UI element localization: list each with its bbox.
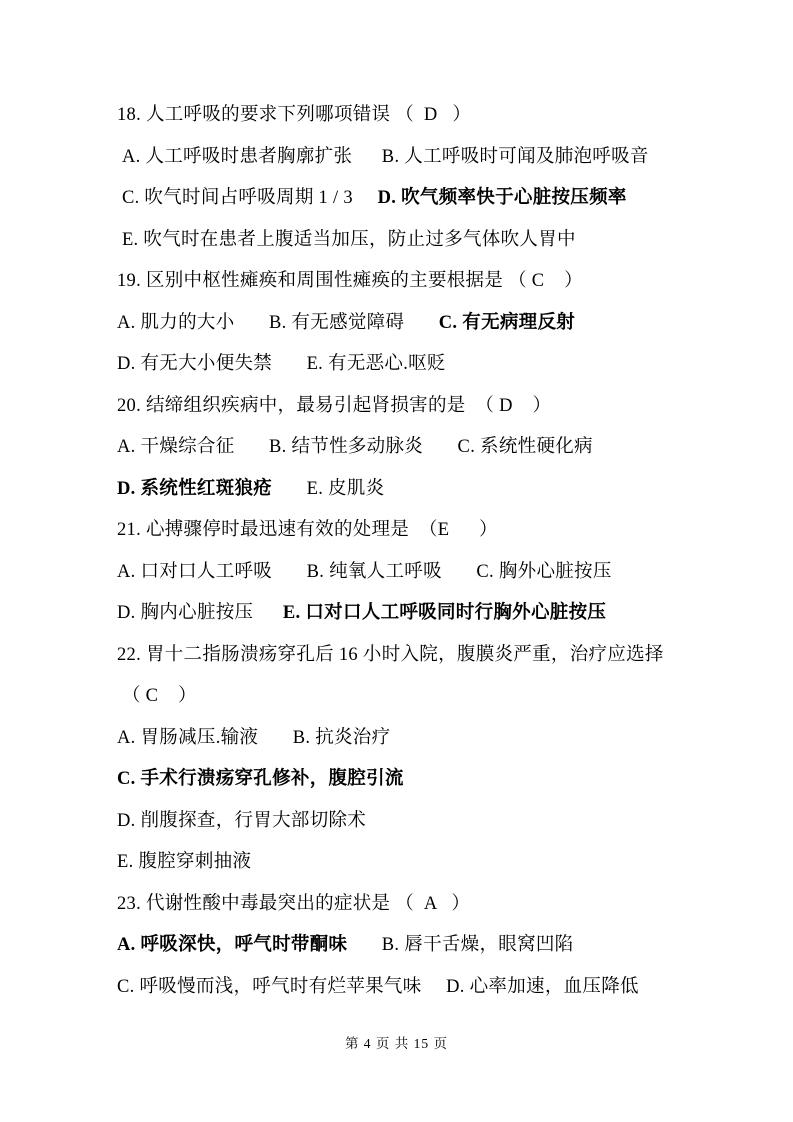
- text-segment: 19. 区别中枢性瘫痪和周围性瘫痪的主要根据是 （ C ）: [117, 271, 583, 291]
- text-segment: A. 肌力的大小 B. 有无感觉障碍: [117, 313, 439, 333]
- question-22-line: C. 手术行溃疡穿孔修补，腹腔引流: [117, 759, 717, 801]
- text-segment: A. 人工呼吸时患者胸廓扩张 B. 人工呼吸时可闻及肺泡呼吸音: [117, 147, 649, 167]
- correct-answer-text: C. 有无病理反射: [439, 313, 575, 333]
- question-22-line: 22. 胃十二指肠溃疡穿孔后 16 小时入院，腹膜炎严重，治疗应选择: [117, 635, 717, 677]
- question-18-line: 18. 人工呼吸的要求下列哪项错误 （ D ）: [117, 95, 717, 137]
- text-segment: E. 皮肌炎: [272, 479, 384, 499]
- question-23-line: 23. 代谢性酸中毒最突出的症状是 （ A ）: [117, 884, 717, 926]
- text-segment: （ C ）: [117, 686, 197, 706]
- text-segment: D. 削腹探查，行胃大部切除术: [117, 811, 366, 831]
- question-list: 18. 人工呼吸的要求下列哪项错误 （ D ） A. 人工呼吸时患者胸廓扩张 B…: [117, 95, 717, 1008]
- question-19-line: A. 肌力的大小 B. 有无感觉障碍 C. 有无病理反射: [117, 303, 717, 345]
- text-segment: 23. 代谢性酸中毒最突出的症状是 （ A ）: [117, 894, 470, 914]
- text-segment: A. 干燥综合征 B. 结节性多动脉炎 C. 系统性硬化病: [117, 437, 593, 457]
- text-segment: E. 腹腔穿刺抽液: [117, 852, 251, 872]
- text-segment: D. 胸内心脏按压: [117, 603, 283, 623]
- question-18-line: A. 人工呼吸时患者胸廓扩张 B. 人工呼吸时可闻及肺泡呼吸音: [117, 137, 717, 179]
- correct-answer-text: A. 呼吸深快，呼气时带酮味: [117, 935, 347, 955]
- question-22-line: D. 削腹探查，行胃大部切除术: [117, 801, 717, 843]
- question-21-line: D. 胸内心脏按压 E. 口对口人工呼吸同时行胸外心脏按压: [117, 593, 717, 635]
- question-22-line: （ C ）: [117, 676, 717, 718]
- text-segment: A. 胃肠减压.输液 B. 抗炎治疗: [117, 728, 390, 748]
- question-20-line: A. 干燥综合征 B. 结节性多动脉炎 C. 系统性硬化病: [117, 427, 717, 469]
- document-page: 18. 人工呼吸的要求下列哪项错误 （ D ） A. 人工呼吸时患者胸廓扩张 B…: [0, 0, 793, 1122]
- question-19-line: D. 有无大小便失禁 E. 有无恶心.呕贬: [117, 344, 717, 386]
- text-segment: D. 有无大小便失禁 E. 有无恶心.呕贬: [117, 354, 446, 374]
- question-20-line: 20. 结缔组织疾病中，最易引起肾损害的是 （ D ）: [117, 386, 717, 428]
- correct-answer-text: D. 吹气频率快于心脏按压频率: [378, 188, 627, 208]
- text-segment: 22. 胃十二指肠溃疡穿孔后 16 小时入院，腹膜炎严重，治疗应选择: [117, 645, 664, 665]
- question-18-line: C. 吹气时间占呼吸周期 1 / 3 D. 吹气频率快于心脏按压频率: [117, 178, 717, 220]
- text-segment: C. 吹气时间占呼吸周期 1 / 3: [117, 188, 378, 208]
- page-footer: 第 4 页 共 15 页: [0, 1034, 793, 1054]
- text-segment: B. 唇干舌燥，眼窝凹陷: [347, 935, 573, 955]
- question-18-line: E. 吹气时在患者上腹适当加压，防止过多气体吹人胃中: [117, 220, 717, 262]
- text-segment: 20. 结缔组织疾病中，最易引起肾损害的是 （ D ）: [117, 396, 551, 416]
- correct-answer-text: C. 手术行溃疡穿孔修补，腹腔引流: [117, 769, 404, 789]
- text-segment: C. 呼吸慢而浅，呼气时有烂苹果气味 D. 心率加速，血压降低: [117, 977, 639, 997]
- text-segment: 21. 心搏骤停时最迅速有效的处理是 （E ）: [117, 520, 498, 540]
- question-22-line: A. 胃肠减压.输液 B. 抗炎治疗: [117, 718, 717, 760]
- correct-answer-text: D. 系统性红斑狼疮: [117, 479, 272, 499]
- question-22-line: E. 腹腔穿刺抽液: [117, 842, 717, 884]
- text-segment: A. 口对口人工呼吸 B. 纯氧人工呼吸 C. 胸外心脏按压: [117, 562, 612, 582]
- question-19-line: 19. 区别中枢性瘫痪和周围性瘫痪的主要根据是 （ C ）: [117, 261, 717, 303]
- question-23-line: A. 呼吸深快，呼气时带酮味 B. 唇干舌燥，眼窝凹陷: [117, 925, 717, 967]
- text-segment: 18. 人工呼吸的要求下列哪项错误 （ D ）: [117, 105, 471, 125]
- question-21-line: A. 口对口人工呼吸 B. 纯氧人工呼吸 C. 胸外心脏按压: [117, 552, 717, 594]
- question-20-line: D. 系统性红斑狼疮 E. 皮肌炎: [117, 469, 717, 511]
- correct-answer-text: E. 口对口人工呼吸同时行胸外心脏按压: [283, 603, 606, 623]
- text-segment: E. 吹气时在患者上腹适当加压，防止过多气体吹人胃中: [117, 230, 576, 250]
- question-21-line: 21. 心搏骤停时最迅速有效的处理是 （E ）: [117, 510, 717, 552]
- question-23-line: C. 呼吸慢而浅，呼气时有烂苹果气味 D. 心率加速，血压降低: [117, 967, 717, 1009]
